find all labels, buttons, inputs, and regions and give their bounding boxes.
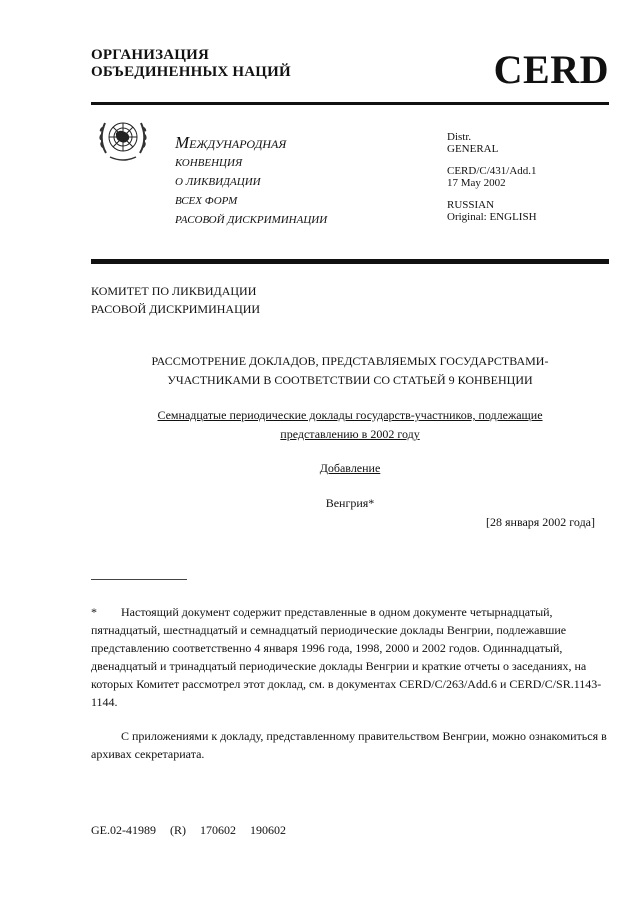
masthead-divider xyxy=(91,259,609,264)
country-name: Венгрия* xyxy=(91,496,609,511)
convention-line-1: МЕЖДУНАРОДНАЯ xyxy=(175,133,327,154)
doc-symbol: CERD/C/431/Add.1 xyxy=(447,165,537,177)
subtitle-line-2: представлению в 2002 году xyxy=(91,425,609,444)
header-divider xyxy=(91,102,609,105)
un-emblem-icon xyxy=(96,113,150,165)
committee-line-1: КОМИТЕТ ПО ЛИКВИДАЦИИ xyxy=(91,282,260,300)
footer-date-1: 170602 xyxy=(200,823,236,837)
document-metadata: Distr. GENERAL CERD/C/431/Add.1 17 May 2… xyxy=(447,131,537,233)
convention-line-5: РАСОВОЙ ДИСКРИМИНАЦИИ xyxy=(175,211,327,230)
convention-name: МЕЖДУНАРОДНАЯ КОНВЕНЦИЯ О ЛИКВИДАЦИИ ВСЕ… xyxy=(175,133,327,230)
original-language: Original: ENGLISH xyxy=(447,211,537,223)
title-line-1: РАССМОТРЕНИЕ ДОКЛАДОВ, ПРЕДСТАВЛЯЕМЫХ ГО… xyxy=(91,352,609,371)
addendum-heading: Добавление xyxy=(91,461,609,476)
footer-date-2: 190602 xyxy=(250,823,286,837)
job-number: GE.02-41989 xyxy=(91,823,156,837)
footnote-text: Настоящий документ содержит представленн… xyxy=(91,605,601,709)
annex-note: С приложениями к докладу, представленном… xyxy=(91,727,609,763)
document-subtitle: Семнадцатые периодические доклады госуда… xyxy=(91,406,609,444)
footnote-marker: * xyxy=(91,603,121,621)
doc-date: 17 May 2002 xyxy=(447,177,537,189)
distribution: Distr. GENERAL xyxy=(447,131,537,155)
committee-line-2: РАСОВОЙ ДИСКРИМИНАЦИИ xyxy=(91,300,260,318)
organization-line-2: ОБЪЕДИНЕННЫХ НАЦИЙ xyxy=(91,64,291,81)
convention-line-4: ВСЕХ ФОРМ xyxy=(175,192,327,211)
doc-language: RUSSIAN xyxy=(447,199,537,211)
language-info: RUSSIAN Original: ENGLISH xyxy=(447,199,537,223)
language-code: (R) xyxy=(170,823,186,837)
convention-line-3: О ЛИКВИДАЦИИ xyxy=(175,173,327,192)
document-symbol-heading: CERD xyxy=(494,48,609,92)
committee-name: КОМИТЕТ ПО ЛИКВИДАЦИИ РАСОВОЙ ДИСКРИМИНА… xyxy=(91,282,260,318)
convention-initial: М xyxy=(175,133,189,152)
distr-label: Distr. xyxy=(447,131,537,143)
convention-first-word: ЕЖДУНАРОДНАЯ xyxy=(189,137,286,151)
title-line-2: УЧАСТНИКАМИ В СООТВЕТСТВИИ СО СТАТЬЕЙ 9 … xyxy=(91,371,609,390)
job-number-footer: GE.02-41989(R)170602190602 xyxy=(91,823,300,838)
convention-line-2: КОНВЕНЦИЯ xyxy=(175,154,327,173)
organization-name: ОРГАНИЗАЦИЯ ОБЪЕДИНЕННЫХ НАЦИЙ xyxy=(91,47,291,81)
footnote: *Настоящий документ содержит представлен… xyxy=(91,603,609,711)
footnote-separator xyxy=(91,579,187,580)
report-date: [28 января 2002 года] xyxy=(486,515,595,530)
subtitle-line-1: Семнадцатые периодические доклады госуда… xyxy=(91,406,609,425)
symbol-date: CERD/C/431/Add.1 17 May 2002 xyxy=(447,165,537,189)
document-title: РАССМОТРЕНИЕ ДОКЛАДОВ, ПРЕДСТАВЛЯЕМЫХ ГО… xyxy=(91,352,609,390)
organization-line-1: ОРГАНИЗАЦИЯ xyxy=(91,47,291,64)
distr-value: GENERAL xyxy=(447,143,537,155)
